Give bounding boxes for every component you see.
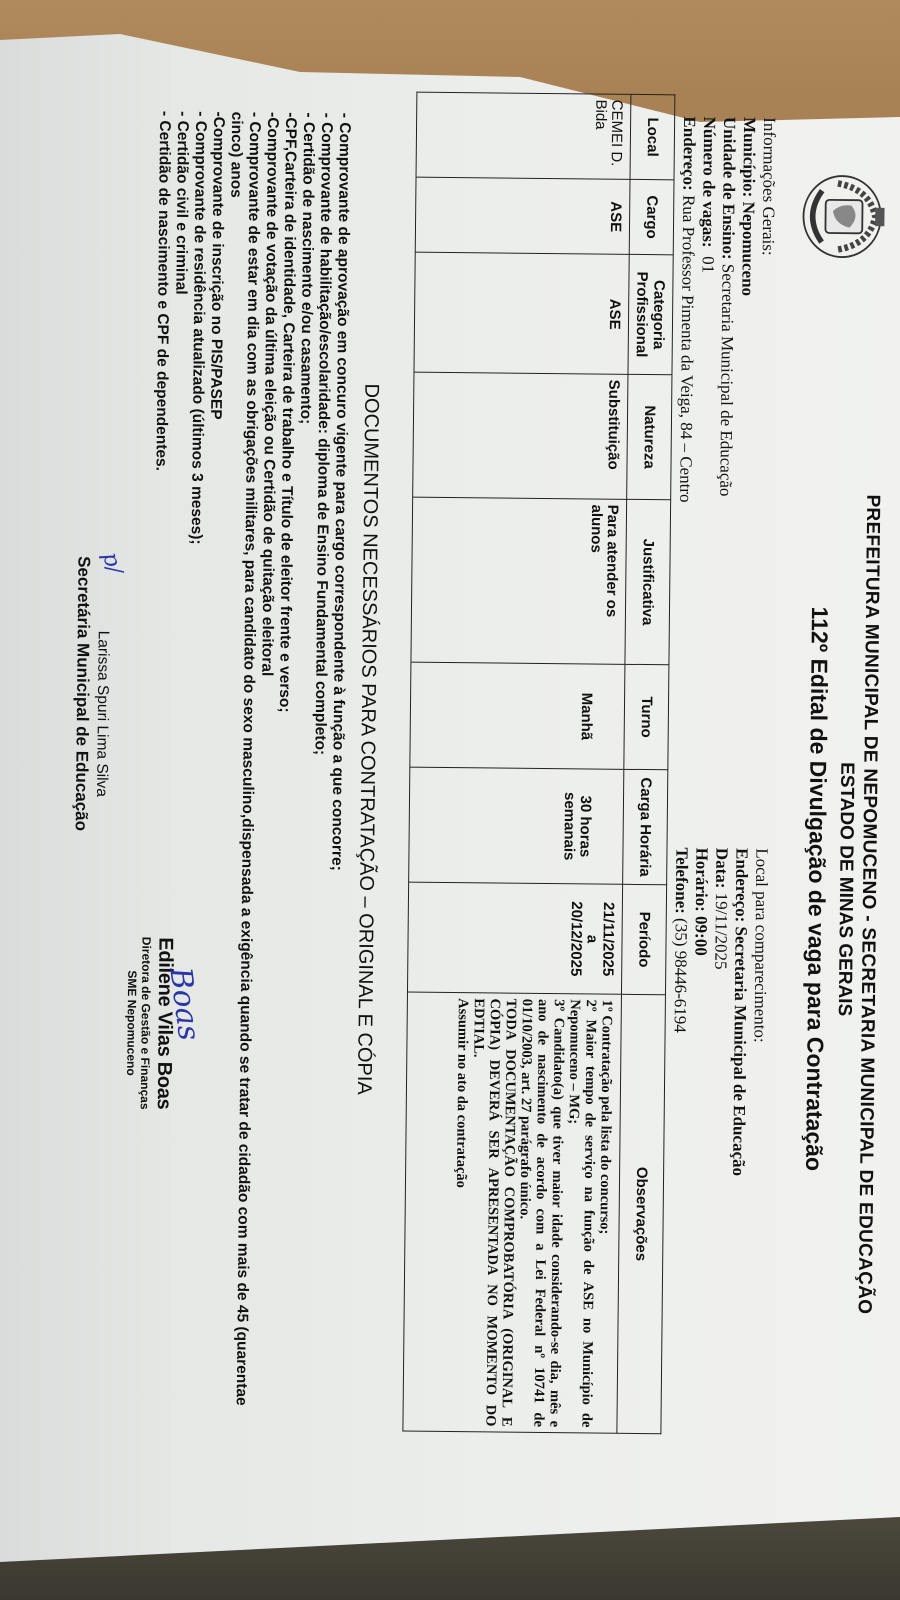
document-header: PREFEITURA MUNICIPAL DE NEPOMUCENO - SEC… xyxy=(796,84,887,1525)
cell-cargo: ASE xyxy=(415,177,630,254)
municipio-line: Município: Nepomuceno xyxy=(735,117,759,503)
documents-title: DOCUMENTOS NECESSÁRIOS PARA CONTRATAÇÃO … xyxy=(347,0,386,1519)
general-info-heading: Informações Gerais: xyxy=(755,117,779,503)
cell-justificativa: Para atender os alunos xyxy=(411,497,627,664)
attendance-address: Endereço: Secretaria Municipal de Educaç… xyxy=(728,848,751,1176)
documents-list: - Comprovante de aprovação em concuro vi… xyxy=(141,111,353,1433)
unidade-line: Unidade de Ensino: Secretaria Municipal … xyxy=(715,117,739,503)
attendance-phone: Telefone: (35) 98446-6194 xyxy=(668,847,691,1175)
cell-observacoes: 1º Contratação pela lista do concurso; 2… xyxy=(403,992,622,1433)
col-natureza: Natureza xyxy=(627,374,672,499)
table-row: CEMEI D. Bida ASE ASE Substituição Para … xyxy=(403,92,631,1433)
edital-page: PREFEITURA MUNICIPAL DE NEPOMUCENO - SEC… xyxy=(2,75,897,1524)
cell-carga: 30 horas semanais xyxy=(409,767,624,884)
general-info: Informações Gerais: Município: Nepomucen… xyxy=(675,116,779,503)
endereco-line: Endereço: Rua Professor Pimenta da Veiga… xyxy=(675,116,699,502)
col-categoria: Categoria Profissional xyxy=(628,254,673,374)
cell-turno: Manhã xyxy=(410,662,625,769)
col-turno: Turno xyxy=(624,664,669,769)
director-role: Diretora de Gestão e Finanças xyxy=(138,937,154,1110)
cell-periodo: 21/11/2025 a 20/12/2025 xyxy=(407,882,622,994)
col-carga: Carga Horária xyxy=(623,769,668,884)
secretary-signature: p/ Larissa Spuri Lima Silva Secretária M… xyxy=(71,556,113,831)
col-justificativa: Justificativa xyxy=(625,499,671,664)
secretary-role: Secretária Municipal de Educação xyxy=(71,556,94,831)
cell-categoria: ASE xyxy=(414,252,629,374)
col-local: Local xyxy=(630,94,675,179)
col-cargo: Cargo xyxy=(629,179,674,254)
director-signature: Boas Edilene Vilas Boas Diretora de Gest… xyxy=(124,937,177,1110)
pp-handwritten-mark: p/ xyxy=(97,550,127,577)
vacancy-table: Local Cargo Categoria Profissional Natur… xyxy=(402,92,675,1435)
cell-natureza: Substituição xyxy=(413,372,628,499)
attendance-heading: Local para comparecimento: xyxy=(748,848,771,1176)
col-periodo: Período xyxy=(621,884,666,994)
attendance-info: Local para comparecimento: Endereço: Sec… xyxy=(668,847,771,1176)
attendance-time: Horário: 09:00 xyxy=(688,848,711,1176)
col-observacoes: Observações xyxy=(617,994,666,1433)
secretary-name: Larissa Spuri Lima Silva xyxy=(92,596,112,831)
cell-local: CEMEI D. Bida xyxy=(416,92,631,179)
